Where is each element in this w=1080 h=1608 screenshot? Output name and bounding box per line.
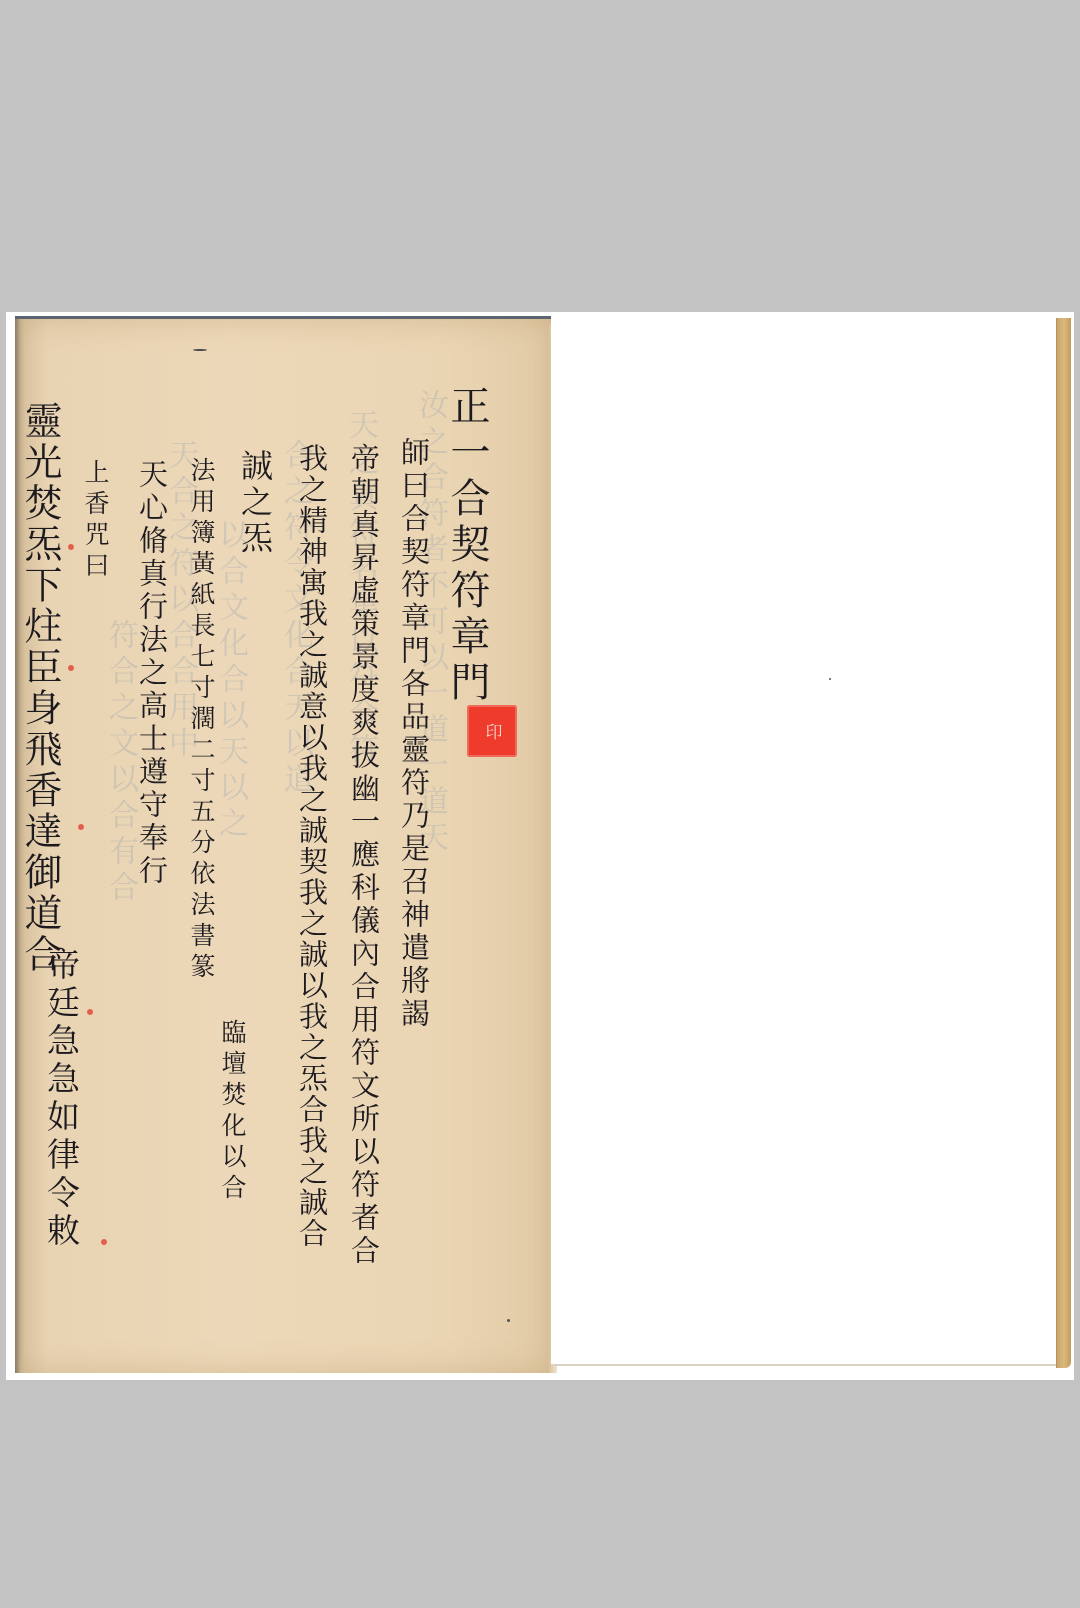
book-cover-edge: [1056, 318, 1071, 1368]
punctuation-dot: [87, 1009, 93, 1015]
text-column-9a: 靈光焚炁下炷臣身飛香達御道合: [21, 401, 59, 975]
right-page-blank: [551, 312, 1056, 1366]
text-column-4: 我之精神寓我之誠意以我之誠契我之誠以我之炁合我之誠合: [297, 443, 326, 1249]
text-column-9b: 帝廷急急如律令敕: [45, 947, 78, 1251]
chapter-title: 正一合契符章門: [447, 385, 487, 707]
paper-mark: [193, 349, 207, 351]
scan-frame: 汝之合符者不可以一道一道天 天之真符名集以符合符 合之符令文化合天以道 以合文化…: [6, 312, 1074, 1380]
text-column-6a: 法用簿黃紙長七寸濶二寸五分依法書篆: [189, 457, 214, 984]
text-column-5: 誠之炁: [239, 449, 271, 557]
punctuation-dot: [101, 1239, 107, 1245]
punctuation-dot: [68, 544, 74, 550]
red-seal-stamp: 印: [467, 705, 517, 757]
text-column-2: 師曰合契符章門各品靈符乃是召神遣將謁: [399, 437, 428, 1031]
bleed-through-text: 符合之文以合有合: [105, 619, 135, 907]
punctuation-dot: [78, 824, 84, 830]
text-column-6b: 臨壇焚化以合: [220, 1019, 245, 1205]
punctuation-dot: [68, 665, 74, 671]
paper-mark: [829, 678, 831, 680]
text-column-8: 上香咒曰: [83, 459, 108, 583]
text-column-3: 帝朝真昇虛策景度爽拔幽一應科儀內合用符文所以符者合: [349, 443, 378, 1268]
left-page: 汝之合符者不可以一道一道天 天之真符名集以符合符 合之符令文化合天以道 以合文化…: [15, 316, 551, 1373]
text-column-7: 天心脩真行法之高士遵守奉行: [137, 459, 166, 888]
bleed-through-text: 以合文化合以天以之: [215, 519, 245, 843]
paper-mark: [507, 1319, 510, 1322]
